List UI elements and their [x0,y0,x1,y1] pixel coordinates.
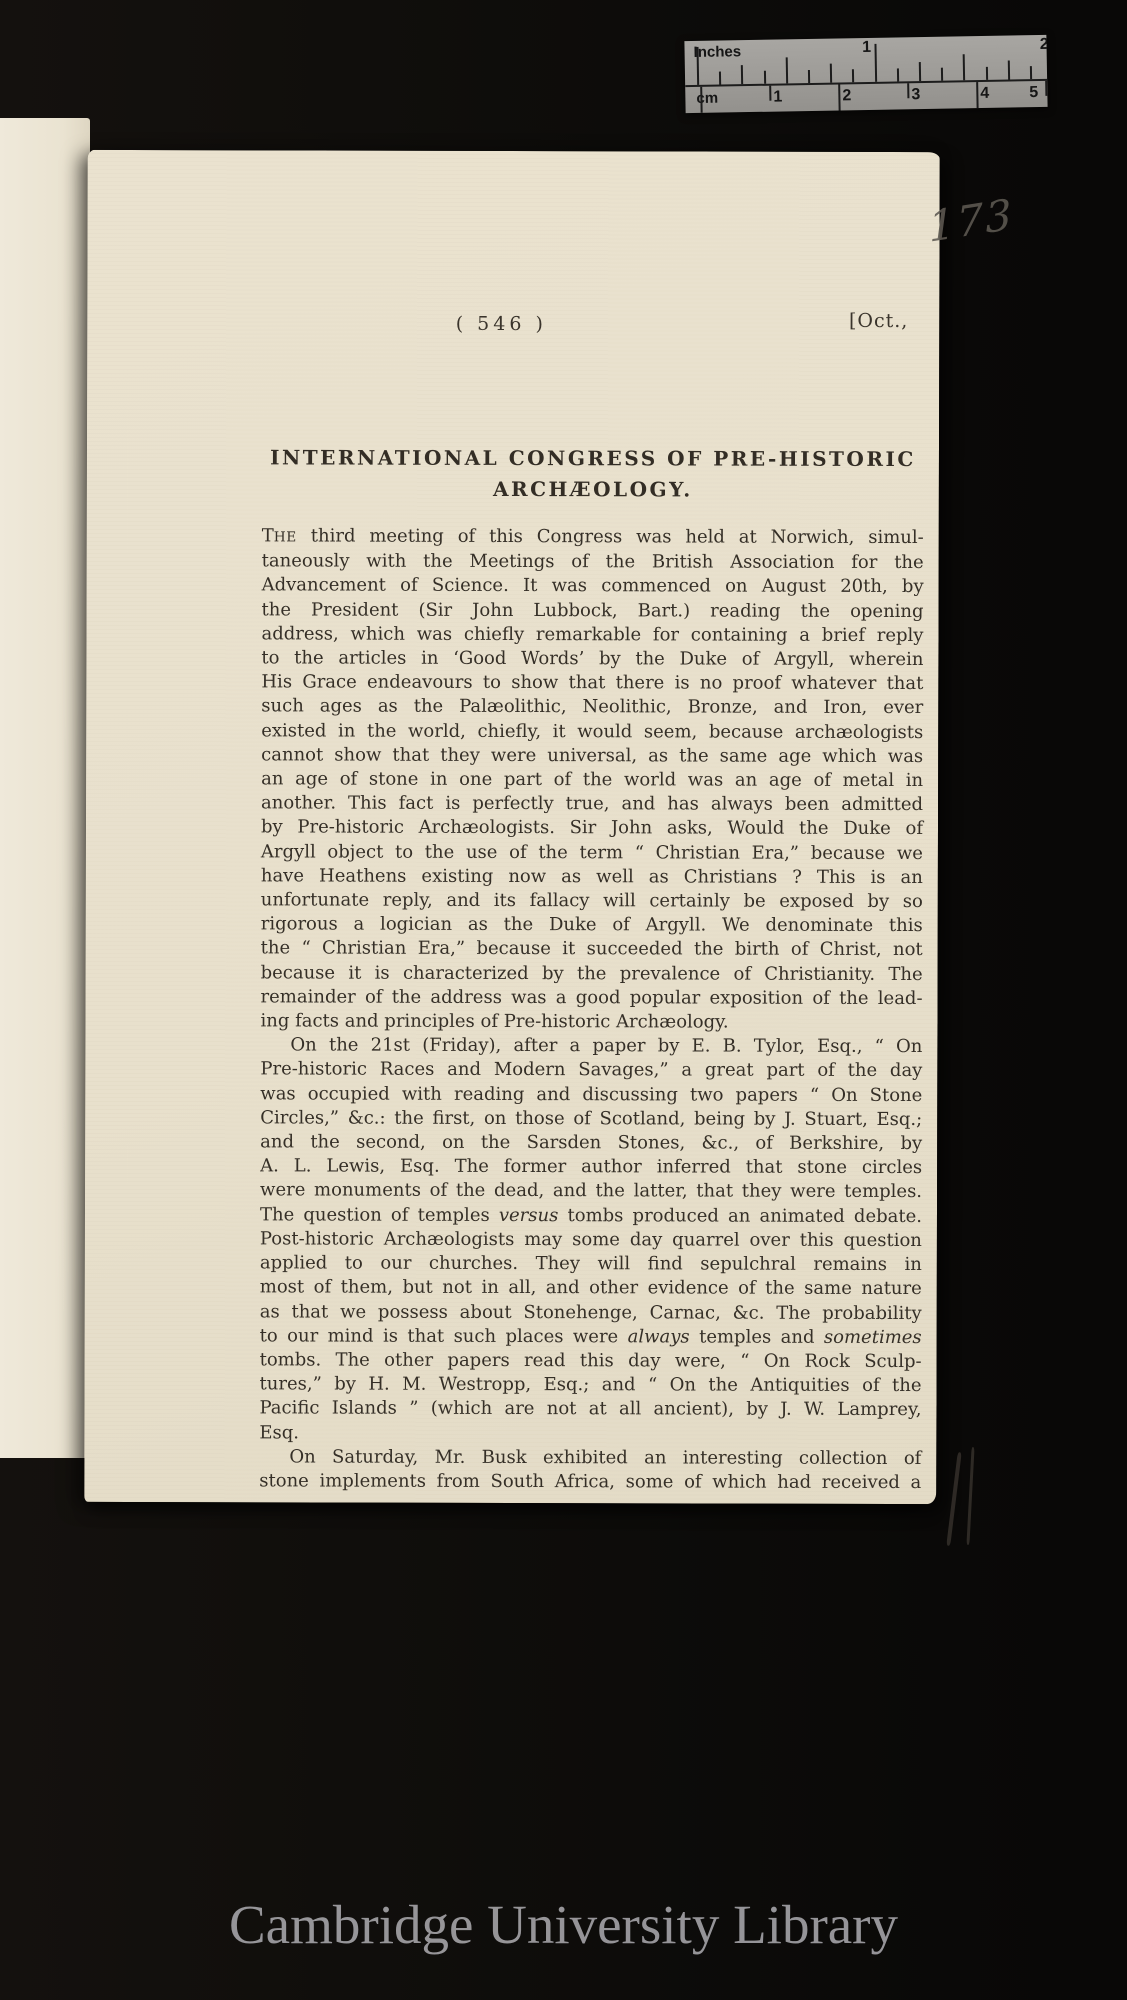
text-line: cannot show that they were universal, as… [261,743,923,769]
ruler-tick [838,84,840,110]
measurement-ruler: Inches cm 1212345 [684,35,1047,113]
text-line: to our mind is that such places were alw… [260,1324,922,1350]
ruler-tick [1008,60,1010,79]
handwritten-folio-number: 173 [927,189,1015,252]
text-line: Esq. [259,1421,921,1447]
ruler-cm-number: 5 [1029,84,1038,102]
ruler-tick [1030,66,1032,79]
text-line: Pacific Islands ” (which are not at all … [259,1397,921,1423]
text-line: were monuments of the dead, and the latt… [260,1179,922,1205]
ruler-cm-number: 3 [911,86,920,104]
ruler-inch-number: 2 [1035,36,1048,54]
ruler-inches-label: Inches [693,43,741,61]
text-line: taneously with the Meetings of the Briti… [262,550,924,576]
ruler-tick [808,70,810,83]
ruler-tick [852,69,854,82]
previous-page-edge [0,118,90,1458]
issue-date: [Oct., [849,310,908,332]
text-line: Advancement of Science. It was commenced… [262,574,924,600]
ruler-tick [785,57,787,83]
ruler-cm-number: 2 [842,87,851,105]
ruler-tick [963,54,965,80]
ruler-tick [741,65,743,84]
ruler-tick [874,44,877,82]
running-head: ( 546 ) [Oct., [262,312,924,344]
article-title-line1: INTERNATIONAL CONGRESS OF PRE-HISTORIC [262,442,924,475]
ruler-tick [941,68,943,81]
text-line: and the second, on the Sarsden Stones, &… [260,1130,922,1156]
ruler-tick [1045,81,1047,96]
text-line: an age of stone in one part of the world… [261,767,923,793]
text-line: another. This fact is perfectly true, an… [261,792,923,818]
text-line: by Pre-historic Archæologists. Sir John … [261,816,923,842]
ruler-inch-number: 1 [857,39,871,57]
library-watermark: Cambridge University Library [0,1893,1127,1956]
text-line: remainder of the address was a good popu… [261,985,923,1011]
text-line: Argyll object to the use of the term “ C… [261,840,923,866]
text-line: On the 21st (Friday), after a paper by E… [260,1034,922,1060]
ruler-cm-number: 1 [773,88,782,106]
text-line: to the articles in ‘Good Words’ by the D… [261,646,923,672]
text-line: because it is characterized by the preva… [261,961,923,987]
text-line: A. L. Lewis, Esq. The former author infe… [260,1155,922,1181]
text-line: His Grace endeavours to show that there … [261,671,923,697]
ruler-divider [685,79,1047,87]
text-line: stone implements from South Africa, some… [259,1469,921,1495]
article-title-line2: ARCHÆOLOGY. [262,473,924,506]
page-number: ( 546 ) [456,313,547,335]
text-line: tombs. The other papers read this day we… [260,1348,922,1374]
text-line: as that we possess about Stonehenge, Car… [260,1300,922,1326]
ruler-numbers: 1212345 [684,35,1046,41]
ruler-tick [719,72,721,85]
ruler-tick [769,86,771,101]
text-line: have Heathens existing now as well as Ch… [261,864,923,890]
pencil-margin-mark [946,1452,961,1546]
ruler-tick [700,87,702,113]
ruler-tick [907,83,909,98]
ruler-tick [764,71,766,84]
text-line: Circles,” &c.: the first, on those of Sc… [260,1106,922,1132]
text-line: The question of temples versus tombs pro… [260,1203,922,1229]
text-line: existed in the world, chiefly, it would … [261,719,923,745]
printed-text-block: ( 546 ) [Oct., INTERNATIONAL CONGRESS OF… [259,150,925,1504]
ruler-tick [830,64,832,83]
ruler-tick [897,68,899,81]
text-line: tures,” by H. M. Westropp, Esq.; and “ O… [260,1372,922,1398]
text-line: On Saturday, Mr. Busk exhibited an inter… [259,1445,921,1471]
text-line: rigorous a logician as the Duke of Argyl… [261,913,923,939]
body-text: THE third meeting of this Congress was h… [259,524,924,1495]
ruler-cm-number: 4 [980,85,989,103]
text-line: Pre-historic Races and Modern Savages,” … [260,1058,922,1084]
ruler-tick [976,82,978,108]
text-line: the “ Christian Era,” because it succeed… [261,937,923,963]
text-line: Post-historic Archæologists may some day… [260,1227,922,1253]
ruler-tick [985,67,987,80]
text-line: the President (Sir John Lubbock, Bart.) … [262,598,924,624]
text-line: address, which was chiefly remarkable fo… [261,622,923,648]
text-line: ing facts and principles of Pre-historic… [260,1009,922,1035]
ruler-tick [919,62,921,81]
text-line: THE third meeting of this Congress was h… [262,524,924,551]
article-title: INTERNATIONAL CONGRESS OF PRE-HISTORIC A… [262,442,924,506]
pencil-margin-mark [966,1447,974,1545]
text-line: was occupied with reading and discussing… [260,1082,922,1108]
text-line: applied to our churches. They will find … [260,1251,922,1277]
scan-background: { "ruler": { "inches_label": "Inches", "… [0,0,1127,2000]
document-page: ( 546 ) [Oct., INTERNATIONAL CONGRESS OF… [84,150,940,1504]
text-line: such ages as the Palæolithic, Neolithic,… [261,695,923,721]
text-line: unfortunate reply, and its fallacy will … [261,888,923,914]
text-line: most of them, but not in all, and other … [260,1276,922,1302]
